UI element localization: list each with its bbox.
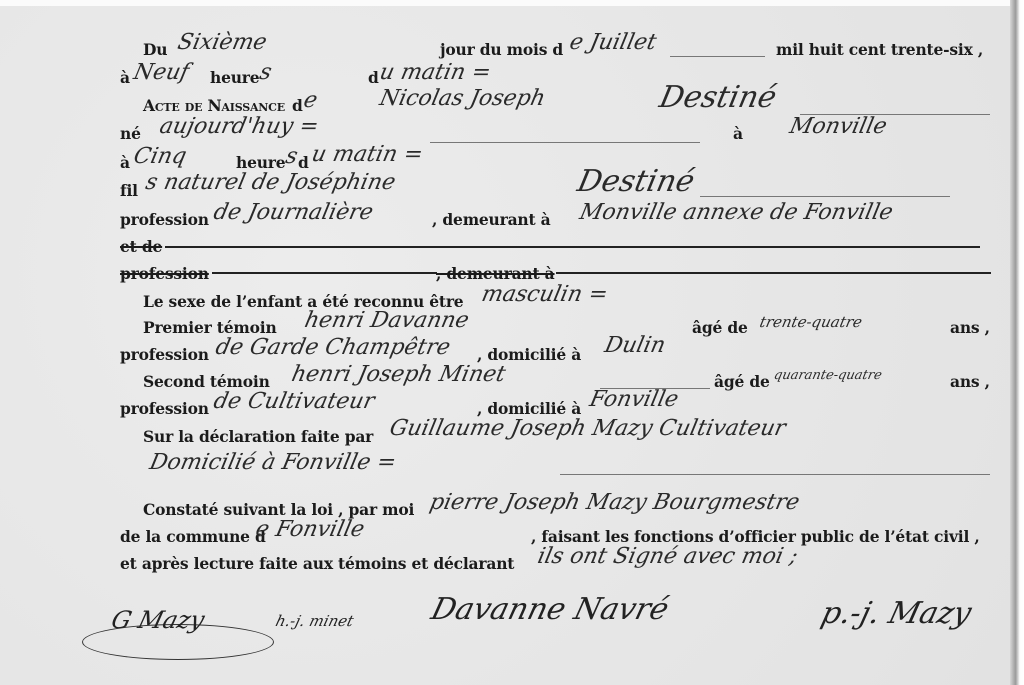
hw-witness1-age: trente-quatre bbox=[758, 313, 864, 331]
signature-g-mazy: G Mazy bbox=[109, 606, 208, 634]
hw-born: aujourd'huy = bbox=[157, 114, 321, 139]
hw-sex: masculin = bbox=[479, 282, 610, 307]
printed-ans: ans , bbox=[950, 318, 990, 337]
strike-rule bbox=[212, 272, 437, 274]
printed-a: à bbox=[120, 153, 130, 172]
hw-witness2-profession: de Cultivateur bbox=[211, 389, 376, 414]
hw-child-surname: Destiné bbox=[656, 80, 779, 115]
register-page: Du Sixième jour du mois d e Juillet mil … bbox=[0, 6, 1010, 685]
printed-commune: de la commune d bbox=[120, 527, 266, 546]
hw-mother-residence: Monville annexe de Fonville bbox=[577, 200, 895, 225]
hw-mother-profession: de Journalière bbox=[211, 200, 375, 225]
signature-davanne: Davanne Navré bbox=[428, 592, 673, 627]
hw-child-prefix: e bbox=[301, 88, 319, 113]
hw-witness1-domicile: Dulin bbox=[602, 333, 667, 358]
hw-month: e Juillet bbox=[567, 30, 658, 55]
hw-declarant-domicile: Domicilié à Fonville = bbox=[147, 450, 398, 475]
printed-demeurant-struck: , demeurant à bbox=[436, 264, 555, 283]
printed-fil: fil bbox=[120, 181, 138, 200]
hw-witness2-domicile: Fonville bbox=[587, 387, 680, 412]
printed-age-de: âgé de bbox=[714, 372, 770, 391]
hw-mother-surname: Destiné bbox=[574, 164, 697, 199]
printed-et-de-struck: et de bbox=[120, 237, 162, 256]
hw-birth-hour: Cinq bbox=[131, 144, 188, 169]
strike-rule bbox=[165, 246, 980, 248]
hw-birthplace: Monville bbox=[787, 114, 889, 139]
printed-acte-de-naissance: Acte de Naissance bbox=[143, 96, 285, 115]
fill-rule bbox=[700, 196, 950, 197]
printed-profession-struck: profession bbox=[120, 264, 209, 283]
fill-rule bbox=[670, 56, 765, 57]
printed-year: mil huit cent trente-six , bbox=[776, 40, 983, 59]
hw-officer: pierre Joseph Mazy Bourgmestre bbox=[427, 490, 802, 515]
hw-birth-time: u matin = bbox=[309, 142, 425, 167]
page-edge bbox=[1010, 0, 1024, 685]
hw-hour-suffix: s bbox=[257, 60, 274, 85]
printed-ans: ans , bbox=[950, 372, 990, 391]
hw-commune: e Fonville bbox=[253, 517, 366, 542]
hw-filiation: s naturel de Joséphine bbox=[143, 170, 397, 195]
fill-rule bbox=[430, 142, 700, 143]
hw-witness2-name: henri Joseph Minet bbox=[289, 362, 507, 387]
printed-age-de: âgé de bbox=[692, 318, 748, 337]
signature-pj-mazy: p.-j. Mazy bbox=[818, 596, 975, 631]
printed-declaration: Sur la déclaration faite par bbox=[143, 427, 373, 446]
printed-ne: né bbox=[120, 124, 141, 143]
signature-minet: h.-j. minet bbox=[274, 612, 356, 630]
fill-rule bbox=[560, 474, 990, 475]
hw-day: Sixième bbox=[175, 30, 269, 55]
printed-du: Du bbox=[143, 40, 167, 59]
printed-profession: profession bbox=[120, 345, 209, 364]
strike-rule bbox=[556, 272, 991, 274]
printed-profession: profession bbox=[120, 210, 209, 229]
printed-apres-lecture: et après lecture faite aux témoins et dé… bbox=[120, 554, 514, 573]
hw-declarant: Guillaume Joseph Mazy Cultivateur bbox=[387, 416, 788, 441]
hw-time-of-day: u matin = bbox=[377, 60, 493, 85]
hw-witness2-age: quarante-quatre bbox=[772, 368, 883, 383]
printed-demeurant: , demeurant à bbox=[432, 210, 551, 229]
hw-hour: Neuf bbox=[131, 60, 191, 85]
hw-child-name: Nicolas Joseph bbox=[377, 86, 547, 111]
printed-a: à bbox=[733, 124, 743, 143]
printed-profession: profession bbox=[120, 399, 209, 418]
hw-witness1-profession: de Garde Champêtre bbox=[213, 335, 452, 360]
printed-a: à bbox=[120, 68, 130, 87]
printed-jour-du-mois: jour du mois d bbox=[440, 40, 563, 59]
hw-closing: ils ont Signé avec moi ; bbox=[535, 544, 800, 569]
hw-witness1-name: henri Davanne bbox=[302, 308, 471, 333]
printed-heure: heure bbox=[210, 68, 259, 87]
